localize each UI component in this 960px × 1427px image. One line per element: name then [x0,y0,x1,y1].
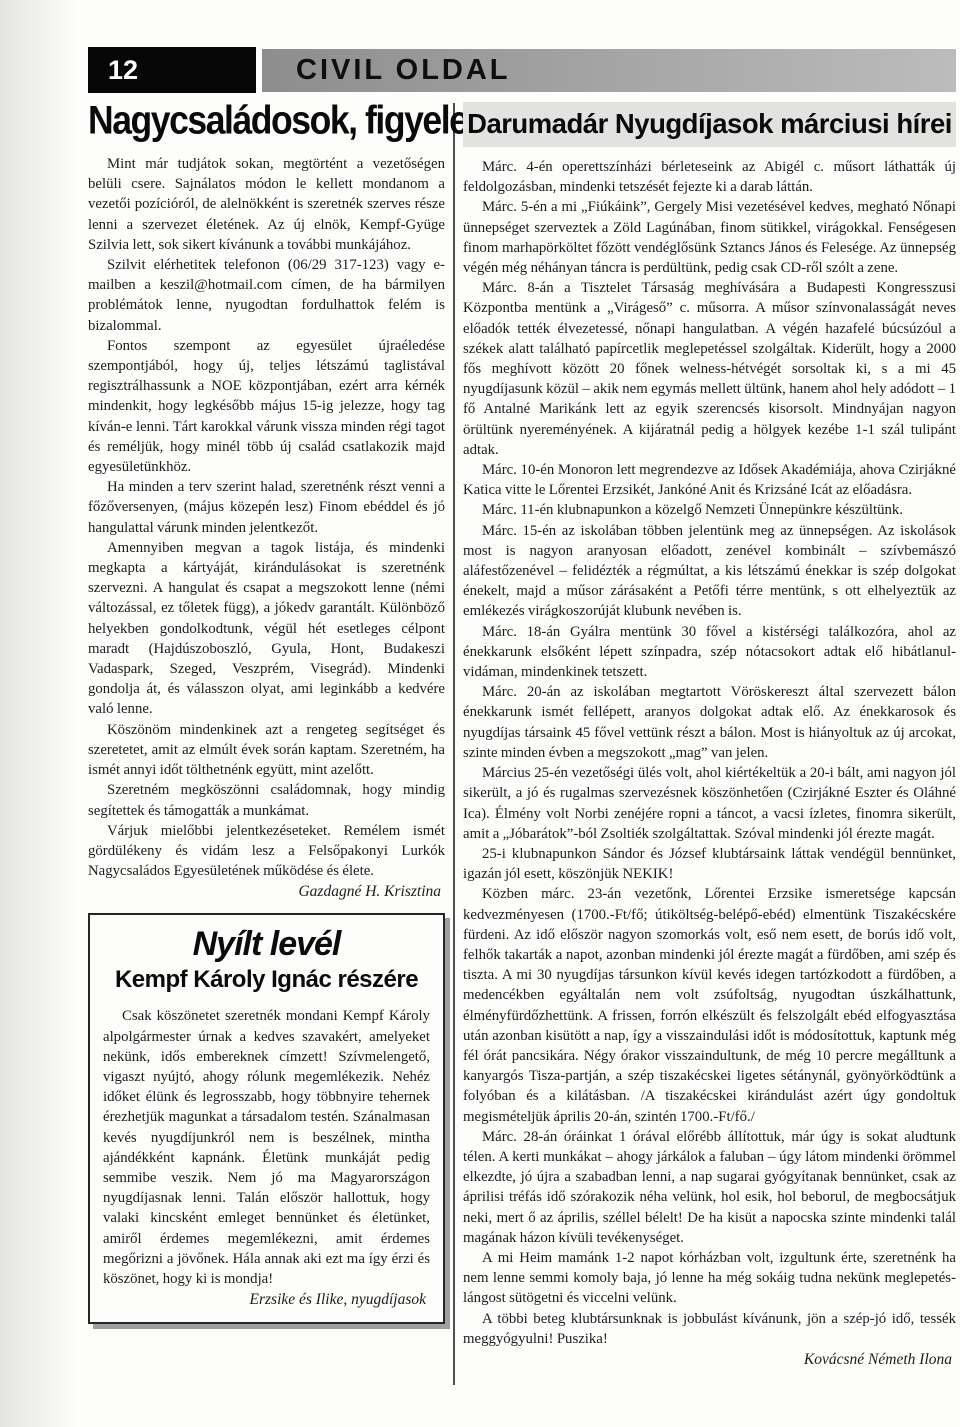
open-letter-signature: Erzsike és Ilike, nyugdíjasok [103,1289,430,1310]
page-left-edge-shade [0,0,78,1427]
paragraph: Amennyiben megvan a tagok listája, és mi… [88,538,445,720]
right-column: Darumadár Nyugdíjasok márciusi hírei Már… [463,98,956,1370]
paragraph: Fontos szempont az egyesület újraéledése… [88,336,445,477]
right-article-headline: Darumadár Nyugdíjasok márciusi hírei [463,102,956,147]
paragraph: Márc. 5-én a mi „Fiúkáink”, Gergely Misi… [463,197,956,278]
paragraph: Márc. 4-én operettszínházi bérleteseink … [463,157,956,197]
section-title-bar: CIVIL OLDAL [262,49,956,92]
newspaper-page: { "page": { "number": "12", "section_tit… [0,0,960,1427]
paragraph: Várjuk mielőbbi jelentkezéseteket. Remél… [88,821,445,882]
left-article-signature: Gazdagné H. Krisztina [88,881,445,902]
right-article-signature: Kovácsné Németh Ilona [463,1349,956,1370]
paragraph: A mi Heim mamánk 1-2 napot kórházban vol… [463,1248,956,1309]
paragraph: Közben márc. 23-án vezetőnk, Lőrentei Er… [463,884,956,1126]
open-letter-body: Csak köszönetet szeretnék mondani Kempf … [103,1006,430,1289]
paragraph: Márc. 18-án Gyálra mentünk 30 fővel a ki… [463,622,956,683]
paragraph: Ha minden a terv szerint halad, szeretné… [88,477,445,538]
left-article-body: Mint már tudjátok sokan, megtörtént a ve… [88,154,445,881]
paragraph: Márc. 15-én az iskolában többen jelentün… [463,521,956,622]
page-number: 12 [108,55,138,86]
page-number-box: 12 [88,47,256,93]
paragraph: Márc. 10-én Monoron lett megrendezve az … [463,460,956,500]
paragraph: Márc. 28-án óráinkat 1 órával előrébb ál… [463,1127,956,1248]
paragraph: Szilvit elérhetitek telefonon (06/29 317… [88,255,445,336]
open-letter-box: Nyílt levél Kempf Károly Ignác részére C… [88,913,445,1324]
paragraph: Márc. 11-én klubnapunkon a közelgő Nemze… [463,500,956,520]
paragraph: A többi beteg klubtársunknak is jobbulás… [463,1309,956,1349]
paragraph: Szeretném megköszönni családomnak, hogy … [88,780,445,820]
section-title: CIVIL OLDAL [296,54,511,87]
left-article-headline: Nagycsaládosok, figyelem! [88,98,431,143]
open-letter-subtitle: Kempf Károly Ignác részére [103,966,430,994]
left-column: Nagycsaládosok, figyelem! Mint már tudjá… [88,98,445,1324]
paragraph: Márc. 20-án az iskolában megtartott Vörö… [463,682,956,763]
paragraph: Köszönöm mindenkinek azt a rengeteg segí… [88,720,445,781]
right-article-body: Márc. 4-én operettszínházi bérleteseink … [463,157,956,1349]
open-letter-title: Nyílt levél [103,925,430,964]
paragraph: Mint már tudjátok sokan, megtörtént a ve… [88,154,445,255]
paragraph: Márc. 8-án a Tisztelet Társaság meghívás… [463,278,956,460]
column-divider [453,103,455,1385]
paragraph: Március 25-én vezetőségi ülés volt, ahol… [463,763,956,844]
paragraph: Csak köszönetet szeretnék mondani Kempf … [103,1006,430,1289]
paragraph: 25-i klubnapunkon Sándor és József klubt… [463,844,956,884]
